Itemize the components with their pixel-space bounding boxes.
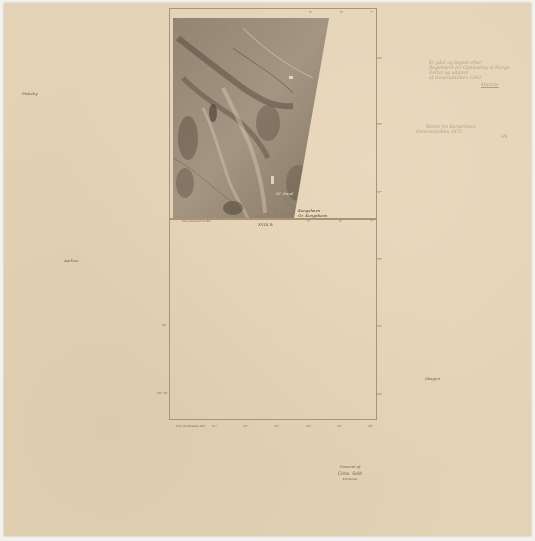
right-lat-tick-4: 56° bbox=[377, 257, 382, 261]
engraver-imprint: Graveret af Cons. Selb Kristiania bbox=[330, 465, 370, 481]
lower-plate-frame bbox=[169, 218, 377, 420]
upper-tick-7: 7° bbox=[370, 10, 373, 14]
right-lat-tick-6: 54° bbox=[377, 392, 382, 396]
lower-tick-23: 23° bbox=[274, 424, 279, 428]
place-label-aarhus: Aarhus bbox=[64, 258, 78, 263]
lower-tick-24: 24° bbox=[306, 424, 311, 428]
place-label-gr-kongshavn: Gr. Kongshavn bbox=[298, 213, 328, 218]
left-lat-tick-2: 68° 30' bbox=[157, 391, 168, 395]
imprint-line-1: Graveret af bbox=[330, 465, 370, 469]
lower-tick-25: 25° bbox=[337, 424, 342, 428]
lower-tick-22: 22° bbox=[243, 424, 248, 428]
place-label-gl-sund: Gl. Sund bbox=[276, 191, 293, 196]
note-signature-2: Hk bbox=[501, 135, 534, 140]
left-lat-tick-1: 40' bbox=[162, 323, 167, 327]
topographic-relief-map bbox=[173, 18, 333, 218]
right-lat-tick-2: 58° bbox=[377, 122, 382, 126]
note-signature: Munthe bbox=[481, 83, 534, 88]
margin-note-upper-right: Er gået og tegnet efter Reglement for Op… bbox=[429, 61, 534, 88]
imprint-line-3: Kristiania bbox=[330, 477, 370, 481]
upper-tick-5: 5° bbox=[309, 10, 312, 14]
bottom-left-scale-label: Fra Christiania Øst bbox=[176, 424, 205, 428]
mid-tick-6: 6° bbox=[339, 219, 342, 223]
map-sheet: Fra Greenwich Øst XVIII B 5° 6° 7° 5° 6°… bbox=[4, 3, 531, 536]
right-lat-tick-3: 57° bbox=[377, 190, 382, 194]
right-lat-tick-5: 55° bbox=[377, 324, 382, 328]
sheet-code: XVIII B bbox=[258, 222, 273, 227]
mid-tick-5: 5° bbox=[307, 219, 310, 223]
lower-tick-21: 21° bbox=[212, 424, 217, 428]
upper-tick-6: 6° bbox=[340, 10, 343, 14]
lower-tick-26: 26° bbox=[368, 424, 373, 428]
place-label-skagen: Skagen bbox=[425, 376, 440, 381]
note-line-4: af Generalstaben 1843 bbox=[429, 76, 534, 81]
bottom-scale-label: Fra Greenwich Øst bbox=[182, 219, 211, 223]
right-lat-tick-1: 59° bbox=[377, 56, 382, 60]
place-label-fiskeby: Fiskeby bbox=[22, 91, 38, 96]
margin-note-lower-right: Rettet fra Kartarkivet Generalstaben 187… bbox=[416, 125, 534, 140]
mid-tick-7: 7° bbox=[370, 219, 373, 223]
